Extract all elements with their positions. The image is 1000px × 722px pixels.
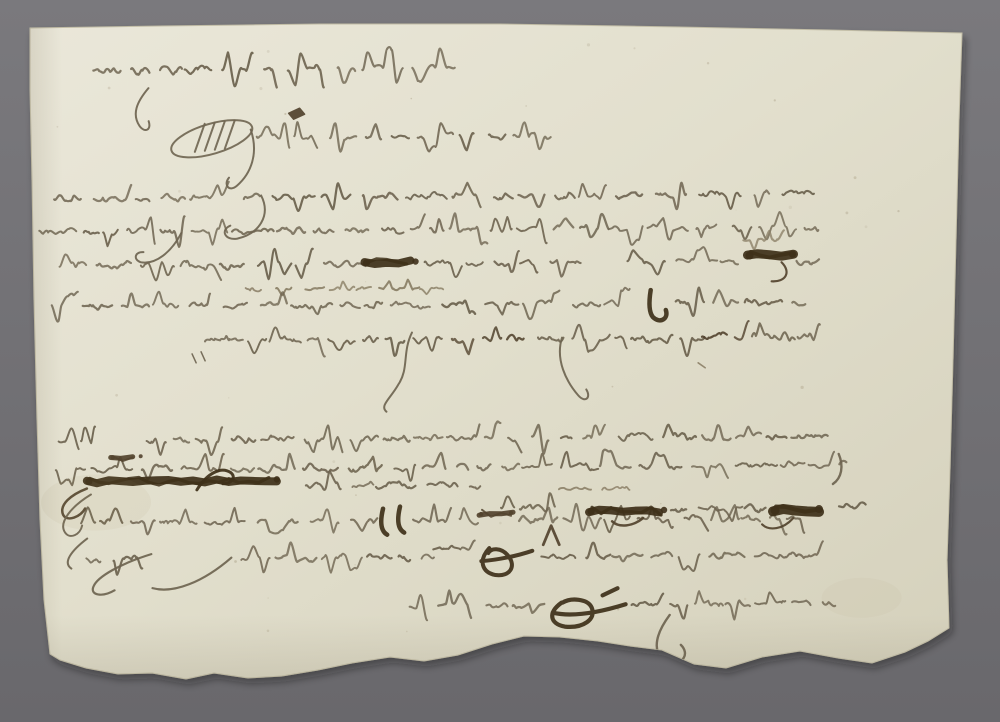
manuscript-scene — [0, 0, 1000, 722]
struck-word-upper-right — [745, 251, 796, 260]
struck-word-lower-mid — [587, 507, 667, 516]
manuscript-paper — [30, 24, 962, 679]
manuscript-photograph — [0, 0, 1000, 722]
